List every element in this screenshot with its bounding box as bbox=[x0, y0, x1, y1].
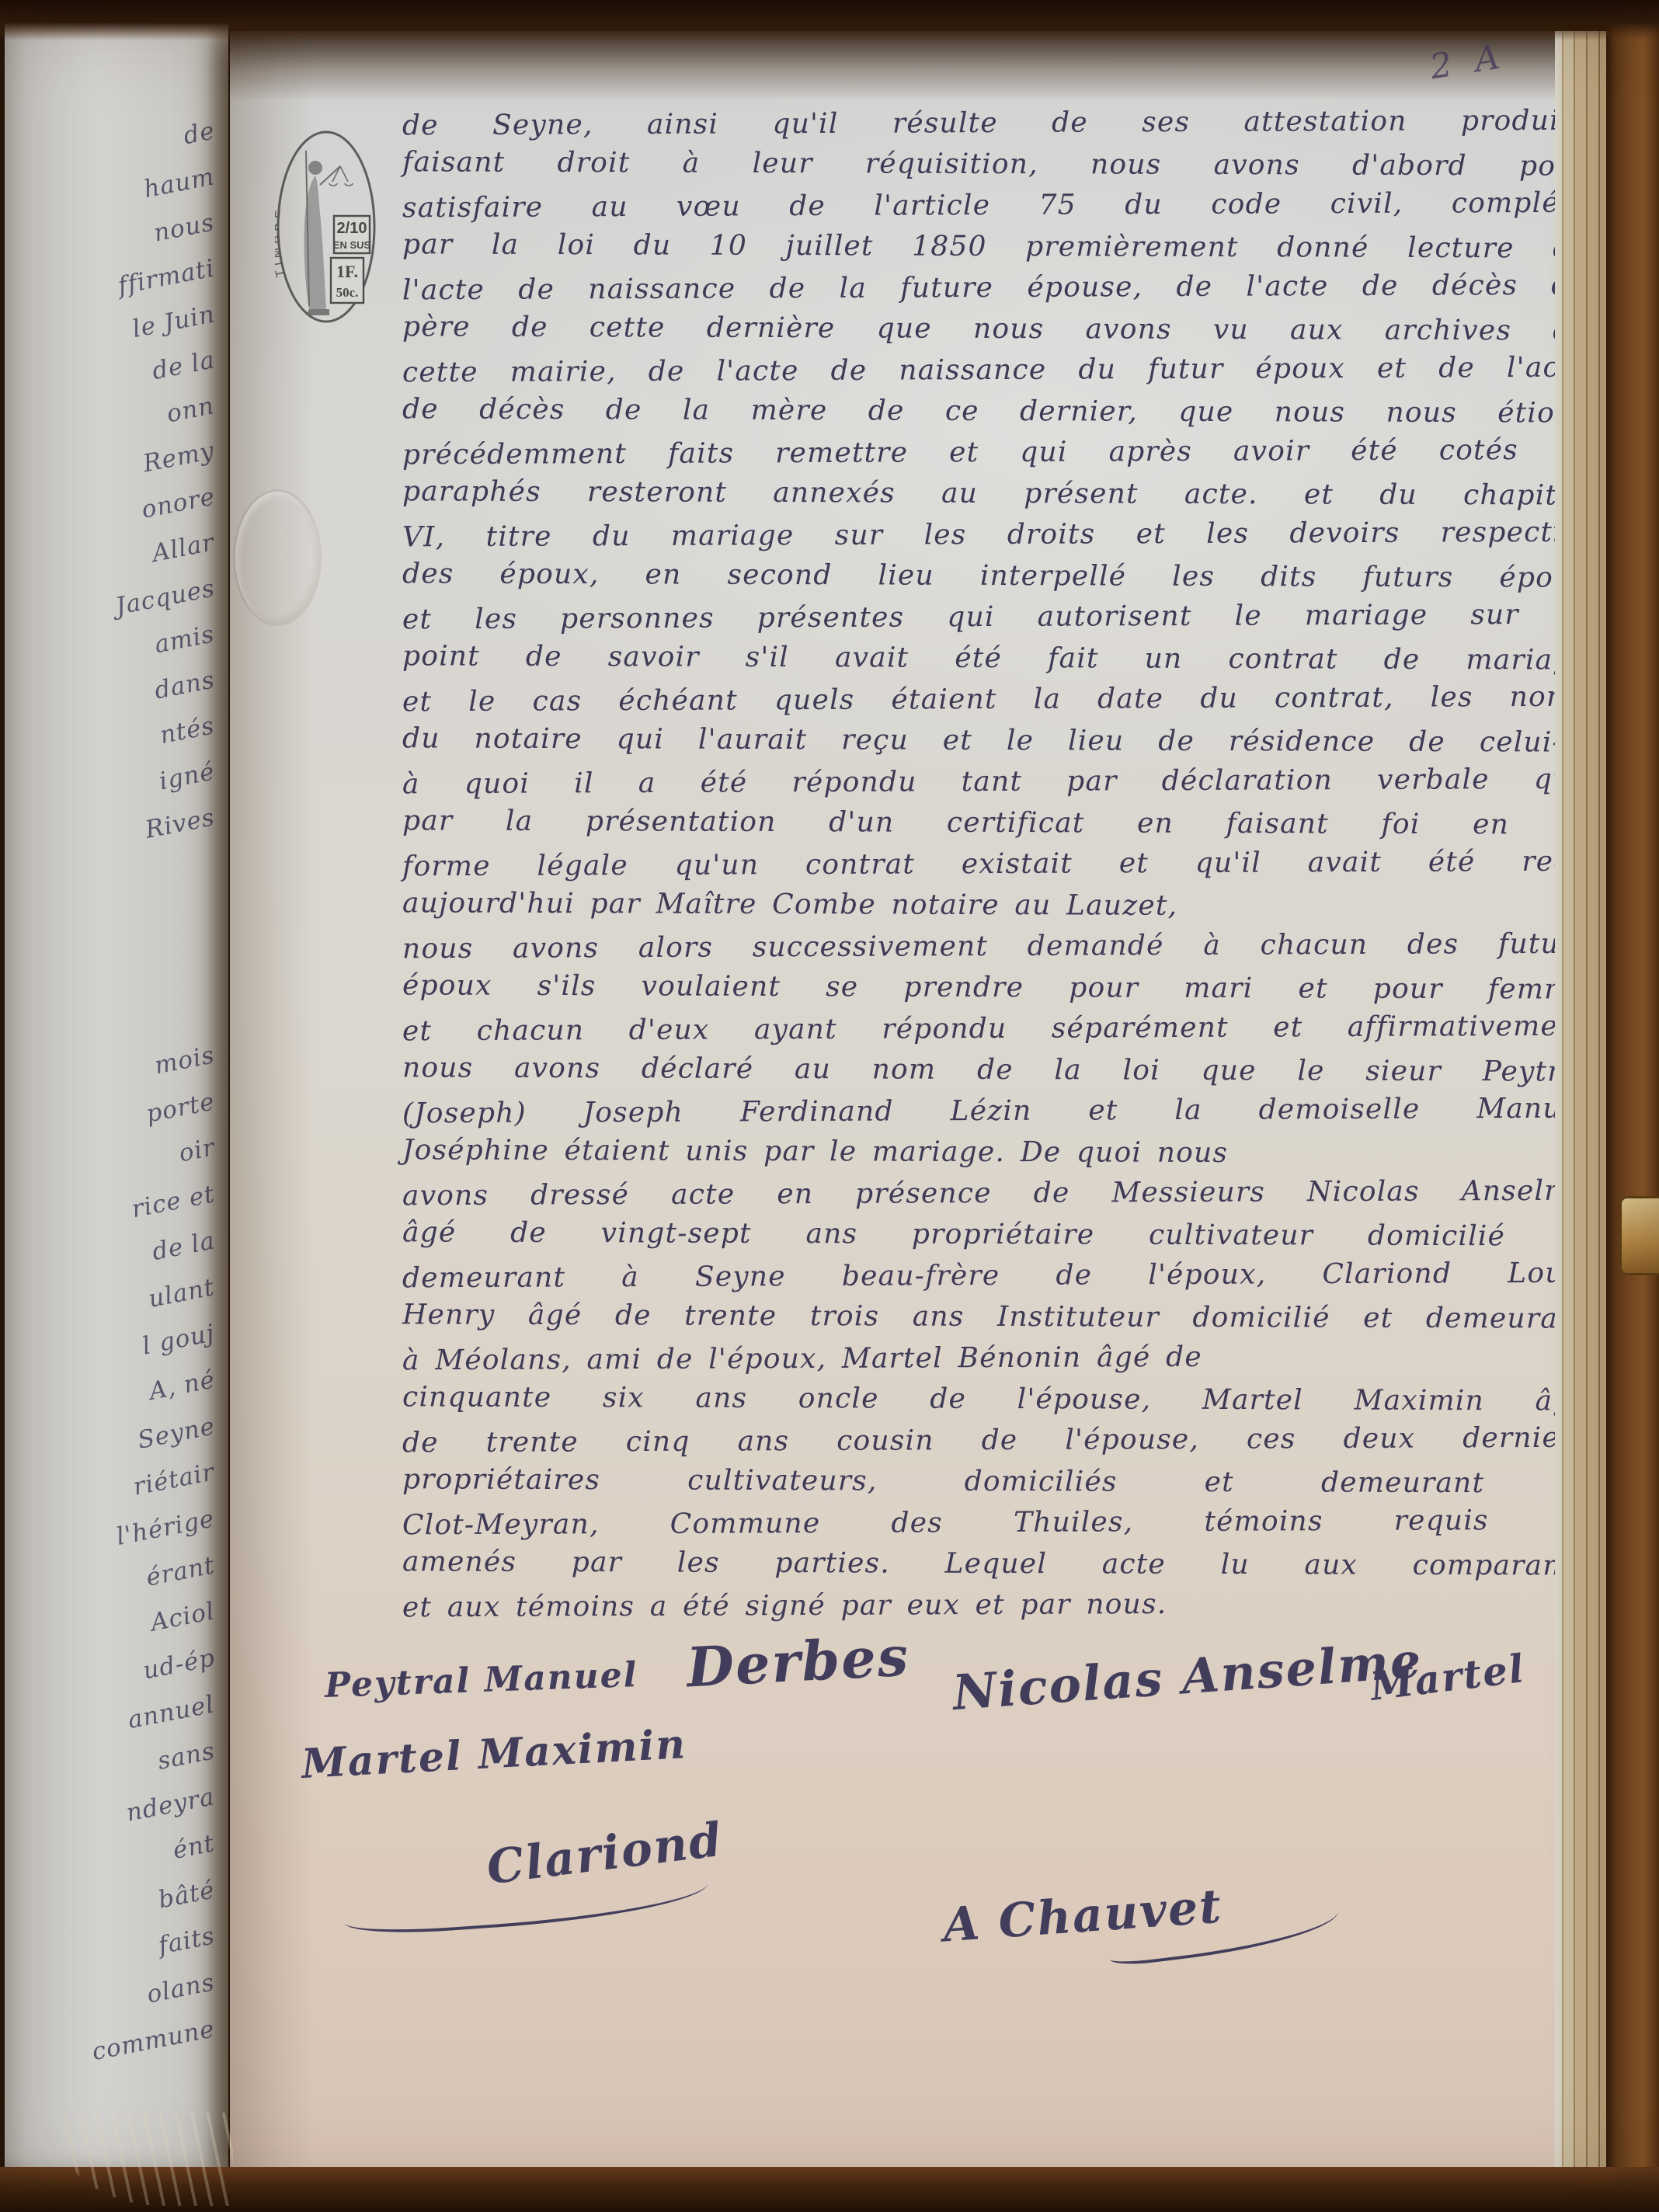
register-page: 2 A TIMBRE 2/10 EN SUS bbox=[230, 31, 1606, 2182]
text-fragment: ént bbox=[171, 1829, 217, 1865]
svg-text:EN SUS: EN SUS bbox=[333, 239, 371, 251]
text-fragment: Aciol bbox=[148, 1598, 217, 1637]
svg-text:50c.: 50c. bbox=[336, 285, 359, 300]
text-fragment: olans bbox=[144, 1968, 217, 2009]
text-fragment: l gouj bbox=[140, 1320, 217, 1361]
act-text-line: point de savoir s'il avait été fait un c… bbox=[402, 635, 1589, 680]
signature: Martel bbox=[1368, 1645, 1528, 1709]
text-fragment: Seyne bbox=[135, 1412, 217, 1455]
register-book-photo: dehaumnousffirmatile Juinde laonnRemyono… bbox=[0, 0, 1659, 2212]
act-text-line: cette mairie, de l'acte de naissance du … bbox=[402, 347, 1589, 394]
act-text-line: forme légale qu'un contrat existait et q… bbox=[402, 841, 1589, 888]
book-cover-right bbox=[1606, 0, 1659, 2212]
act-text-line: des époux, en second lieu interpellé les… bbox=[402, 553, 1589, 598]
text-fragment: de la bbox=[150, 346, 217, 385]
text-fragment: le Juin bbox=[130, 300, 217, 343]
stamp-value-box: 1F. 50c. bbox=[331, 258, 363, 303]
act-text-line: VI, titre du mariage sur les droits et l… bbox=[402, 512, 1589, 558]
text-fragment: l'hérige bbox=[114, 1504, 217, 1551]
text-fragment: haum bbox=[141, 162, 217, 203]
act-text-line: aujourd'hui par Maître Combe notaire au … bbox=[402, 882, 1589, 927]
act-text-line: âgé de vingt-sept ans propriétaire culti… bbox=[402, 1212, 1589, 1257]
act-text-line: (Joseph) Joseph Ferdinand Lézin et la de… bbox=[402, 1088, 1589, 1135]
act-text-line: satisfaire au vœu de l'article 75 du cod… bbox=[402, 183, 1589, 229]
signature: Peytral Manuel bbox=[324, 1655, 638, 1706]
page-edge-stack bbox=[1555, 31, 1606, 2182]
act-text-line: avons dressé acte en présence de Messieu… bbox=[402, 1170, 1589, 1217]
text-fragment: rice et bbox=[129, 1180, 217, 1223]
text-fragment: de la bbox=[150, 1226, 217, 1266]
act-text-line: nous avons déclaré au nom de la loi que … bbox=[402, 1047, 1589, 1092]
act-text-line: Clot-Meyran, Commune des Thuiles, témoin… bbox=[402, 1500, 1589, 1546]
text-fragment: onore bbox=[139, 483, 217, 525]
act-text-line: père de cette dernière que nous avons vu… bbox=[402, 306, 1589, 351]
binding-gutter-shadow bbox=[230, 31, 315, 2182]
text-fragment: ud-ép bbox=[141, 1643, 217, 1685]
text-fragment: Remy bbox=[141, 437, 217, 478]
act-text-line: du notaire qui l'aurait reçu et le lieu … bbox=[402, 718, 1589, 763]
text-fragment: Allar bbox=[151, 529, 217, 569]
text-fragment: de bbox=[181, 117, 217, 150]
text-fragment: commune bbox=[89, 2015, 217, 2066]
act-text-line: l'acte de naissance de la future épouse,… bbox=[402, 265, 1589, 311]
svg-text:2/10: 2/10 bbox=[337, 220, 367, 237]
act-text-line: et aux témoins a été signé par eux et pa… bbox=[402, 1582, 1589, 1629]
book-cover-bottom bbox=[0, 2167, 1659, 2212]
act-text-line: de trente cinq ans cousin de l'épouse, c… bbox=[402, 1417, 1589, 1464]
text-fragment: ffirmati bbox=[116, 254, 217, 300]
act-text-line: précédemment faits remettre et qui après… bbox=[402, 430, 1589, 476]
signature: Martel Maximin bbox=[301, 1720, 688, 1788]
text-fragment: ulant bbox=[146, 1273, 217, 1313]
act-text-line: demeurant à Seyne beau-frère de l'époux,… bbox=[402, 1253, 1589, 1299]
text-fragment: A, né bbox=[147, 1365, 217, 1406]
text-fragment: dans bbox=[152, 666, 217, 704]
stamp-timbre-text: TIMBRE bbox=[275, 205, 288, 278]
act-text-line: et les personnes présentes qui autorisen… bbox=[402, 594, 1589, 641]
page-number-annotation: 2 A bbox=[1428, 37, 1509, 88]
text-fragment: oir bbox=[176, 1134, 217, 1168]
text-fragment: bâté bbox=[156, 1876, 217, 1914]
act-text-line: Joséphine étaient unis par le mariage. D… bbox=[402, 1129, 1589, 1174]
text-fragment: nous bbox=[151, 208, 217, 247]
text-fragment: faits bbox=[156, 1922, 217, 1960]
signature: Clariond bbox=[484, 1813, 726, 1896]
act-text-line: Henry âgé de trente trois ans Instituteu… bbox=[402, 1294, 1589, 1339]
text-fragment: onn bbox=[165, 391, 217, 428]
embossed-seal bbox=[233, 489, 322, 626]
svg-text:1F.: 1F. bbox=[336, 262, 358, 281]
signature: A Chauvet bbox=[941, 1880, 1224, 1953]
act-text-line: amenés par les parties. Lequel acte lu a… bbox=[402, 1541, 1589, 1586]
act-text-line: cinquante six ans oncle de l'épouse, Mar… bbox=[402, 1376, 1589, 1421]
text-fragment: sans bbox=[155, 1737, 217, 1776]
act-text-line: propriétaires cultivateurs, domiciliés e… bbox=[402, 1459, 1589, 1504]
text-fragment: ndeyra bbox=[124, 1783, 217, 1828]
text-fragment: porte bbox=[144, 1087, 217, 1128]
act-text-line: nous avons alors successivement demandé … bbox=[402, 923, 1589, 970]
act-text-line: et le cas échéant quels étaient la date … bbox=[402, 676, 1589, 723]
book-clasp bbox=[1619, 1196, 1659, 1275]
act-text-line: faisant droit à leur réquisition, nous a… bbox=[402, 141, 1589, 186]
act-text-line: paraphés resteront annexés au présent ac… bbox=[402, 471, 1589, 516]
text-fragment: mois bbox=[152, 1041, 217, 1080]
text-fragment: igné bbox=[157, 757, 217, 795]
previous-page-fragments-lower: moisporteoirrice etde laulantl goujA, né… bbox=[28, 1041, 214, 2043]
act-text-line: de Seyne, ainsi qu'il résulte de ses att… bbox=[402, 100, 1589, 147]
act-text-line: époux s'ils voulaient se prendre pour ma… bbox=[402, 965, 1589, 1010]
text-fragment: riétair bbox=[131, 1459, 217, 1502]
act-text-line: par la présentation d'un certificat en f… bbox=[402, 800, 1589, 845]
text-fragment: Rives bbox=[143, 803, 217, 844]
act-text-line: à Méolans, ami de l'époux, Martel Bénoni… bbox=[402, 1335, 1589, 1382]
previous-page-fragments-upper: dehaumnousffirmatile Juinde laonnRemyono… bbox=[28, 117, 214, 831]
previous-page-edge: dehaumnousffirmatile Juinde laonnRemyono… bbox=[5, 23, 228, 2167]
act-text: de Seyne, ainsi qu'il résulte de ses att… bbox=[402, 103, 1589, 1626]
page-top-shadow bbox=[230, 31, 1606, 101]
book-cover-top bbox=[0, 0, 1659, 40]
text-fragment: annuel bbox=[126, 1690, 217, 1734]
text-fragment: érant bbox=[144, 1551, 217, 1591]
revenue-stamp: TIMBRE 2/10 EN SUS 1F. 5 bbox=[275, 127, 381, 328]
act-text-line: et chacun d'eux ayant répondu séparément… bbox=[402, 1006, 1589, 1052]
act-text-line: à quoi il a été répondu tant par déclara… bbox=[402, 759, 1589, 805]
act-text-line: par la loi du 10 juillet 1850 premièreme… bbox=[402, 224, 1589, 269]
text-fragment: amis bbox=[152, 620, 217, 659]
text-fragment: ntés bbox=[158, 711, 217, 750]
signature: Nicolas Anselme bbox=[951, 1632, 1424, 1721]
act-text-line: de décès de la mère de ce dernier, que n… bbox=[402, 388, 1589, 433]
text-fragment: Jacques bbox=[113, 575, 217, 621]
stamp-surcharge-box: 2/10 EN SUS bbox=[333, 216, 371, 253]
signature: Derbes bbox=[685, 1624, 911, 1700]
